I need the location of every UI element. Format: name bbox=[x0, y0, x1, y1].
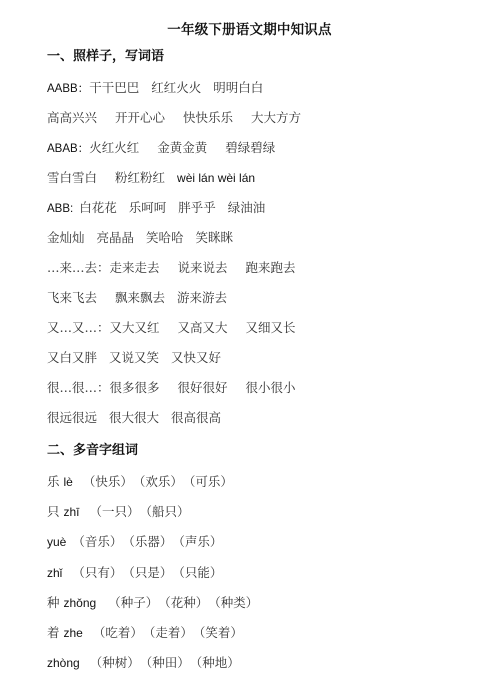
document-page: 一年级下册语文期中知识点 一、照样子，写词语 AABB：干干巴巴红红火火明明白白… bbox=[0, 0, 499, 698]
word: 走来走去 bbox=[110, 260, 160, 276]
word: 粉红粉红 bbox=[115, 170, 165, 186]
word: 雪白雪白 bbox=[47, 170, 97, 186]
word: 红红火火 bbox=[151, 80, 201, 96]
character: 乐 bbox=[47, 474, 60, 489]
character: 种 bbox=[47, 595, 60, 610]
polyphone-row: zhòng（种树）（种田）（种地） bbox=[47, 655, 240, 671]
word: （可乐） bbox=[183, 474, 233, 490]
word: 火红火红 bbox=[89, 140, 139, 156]
word: （欢乐） bbox=[133, 474, 183, 490]
polyphone-row: yuè（音乐）（乐器）（声乐） bbox=[47, 534, 222, 550]
word: 很高很高 bbox=[171, 410, 221, 426]
word: 快快乐乐 bbox=[183, 110, 233, 126]
pattern-row: 金灿灿亮晶晶笑哈哈笑眯眯 bbox=[47, 230, 245, 246]
word: （种田） bbox=[140, 655, 190, 671]
word: 乐呵呵 bbox=[129, 200, 167, 216]
character: 只 bbox=[47, 504, 60, 519]
pattern-label: AABB： bbox=[47, 83, 89, 95]
word: （船只） bbox=[140, 504, 190, 520]
word: 明明白白 bbox=[213, 80, 263, 96]
word: （种子） bbox=[108, 595, 158, 611]
pinyin: zhe bbox=[64, 626, 83, 640]
pattern-label: ABB: bbox=[47, 203, 73, 215]
pattern-row: 又白又胖又说又笑又快又好 bbox=[47, 350, 233, 366]
pattern-row: 很远很远很大很大很高很高 bbox=[47, 410, 233, 426]
word: 又说又笑 bbox=[109, 350, 159, 366]
pattern-row-abb: ABB:白花花乐呵呵胖乎乎绿油油 bbox=[47, 200, 277, 217]
pattern-label: ABAB： bbox=[47, 143, 89, 155]
word: 又细又长 bbox=[246, 320, 296, 336]
word: 又高又大 bbox=[178, 320, 228, 336]
pinyin: wèi lán wèi lán bbox=[177, 171, 255, 185]
word: 胖乎乎 bbox=[178, 200, 216, 216]
polyphone-row: 着 zhe（吃着）（走着）（笑着） bbox=[47, 625, 243, 641]
word: 游来游去 bbox=[177, 290, 227, 306]
pattern-label: 又…又…： bbox=[47, 320, 110, 335]
word: （音乐） bbox=[72, 534, 122, 550]
word: 笑眯眯 bbox=[196, 230, 234, 246]
word: 开开心心 bbox=[115, 110, 165, 126]
pattern-row: 飞来飞去飘来飘去游来游去 bbox=[47, 290, 239, 306]
pinyin: yuè bbox=[47, 535, 66, 549]
polyphone-row: 种 zhǒng（种子）（花种）（种类） bbox=[47, 595, 258, 611]
word: 又大又红 bbox=[110, 320, 160, 336]
word: 绿油油 bbox=[228, 200, 266, 216]
word: 很好很好 bbox=[178, 380, 228, 396]
pattern-label: …来…去： bbox=[47, 260, 110, 275]
section-heading-2: 二、多音字组词 bbox=[47, 443, 138, 459]
word: （种树） bbox=[90, 655, 140, 671]
word: 又白又胖 bbox=[47, 350, 97, 366]
word: （声乐） bbox=[172, 534, 222, 550]
pattern-row-aabb: AABB：干干巴巴红红火火明明白白 bbox=[47, 80, 275, 97]
pinyin: zhǒng bbox=[64, 596, 97, 610]
word: （只有） bbox=[72, 565, 122, 581]
pattern-row: 高高兴兴开开心心快快乐乐大大方方 bbox=[47, 110, 313, 126]
word: 碧绿碧绿 bbox=[225, 140, 275, 156]
word: 金黄金黄 bbox=[157, 140, 207, 156]
word: 飞来飞去 bbox=[47, 290, 97, 306]
document-title: 一年级下册语文期中知识点 bbox=[0, 18, 499, 38]
pinyin: zhòng bbox=[47, 656, 80, 670]
pattern-row-abab: ABAB：火红火红金黄金黄碧绿碧绿 bbox=[47, 140, 287, 157]
polyphone-row: 只 zhī（一只）（船只） bbox=[47, 504, 190, 520]
word: 白花花 bbox=[79, 200, 117, 216]
pattern-row-you-you: 又…又…：又大又红又高又大又细又长 bbox=[47, 320, 308, 336]
word: 高高兴兴 bbox=[47, 110, 97, 126]
word: 金灿灿 bbox=[47, 230, 85, 246]
pattern-label: 很…很…： bbox=[47, 380, 110, 395]
pattern-row: 雪白雪白粉红粉红wèi lán wèi lán bbox=[47, 170, 255, 186]
word: （只是） bbox=[122, 565, 172, 581]
word: 很大很大 bbox=[109, 410, 159, 426]
pinyin: lè bbox=[64, 475, 73, 489]
word: 很小很小 bbox=[246, 380, 296, 396]
word: （吃着） bbox=[93, 625, 143, 641]
word: 笑哈哈 bbox=[146, 230, 184, 246]
word: 很远很远 bbox=[47, 410, 97, 426]
word: （笑着） bbox=[193, 625, 243, 641]
word: （走着） bbox=[143, 625, 193, 641]
word: （种地） bbox=[190, 655, 240, 671]
section-heading-1: 一、照样子，写词语 bbox=[47, 49, 164, 65]
polyphone-row: zhǐ（只有）（只是）（只能） bbox=[47, 565, 222, 581]
word: （只能） bbox=[172, 565, 222, 581]
word: 飘来飘去 bbox=[115, 290, 165, 306]
word: 说来说去 bbox=[178, 260, 228, 276]
word: （花种） bbox=[158, 595, 208, 611]
word: （快乐） bbox=[83, 474, 133, 490]
word: 大大方方 bbox=[251, 110, 301, 126]
polyphone-row: 乐 lè（快乐）（欢乐）（可乐） bbox=[47, 474, 233, 490]
word: （种类） bbox=[208, 595, 258, 611]
word: 亮晶晶 bbox=[97, 230, 135, 246]
word: 跑来跑去 bbox=[246, 260, 296, 276]
word: 又快又好 bbox=[171, 350, 221, 366]
word: （乐器） bbox=[122, 534, 172, 550]
word: 很多很多 bbox=[110, 380, 160, 396]
pattern-row-hen-hen: 很…很…：很多很多很好很好很小很小 bbox=[47, 380, 308, 396]
pattern-row-lai-qu: …来…去：走来走去说来说去跑来跑去 bbox=[47, 260, 308, 276]
word: （一只） bbox=[90, 504, 140, 520]
character: 着 bbox=[47, 625, 60, 640]
pinyin: zhǐ bbox=[47, 566, 62, 580]
pinyin: zhī bbox=[64, 505, 80, 519]
word: 干干巴巴 bbox=[89, 80, 139, 96]
